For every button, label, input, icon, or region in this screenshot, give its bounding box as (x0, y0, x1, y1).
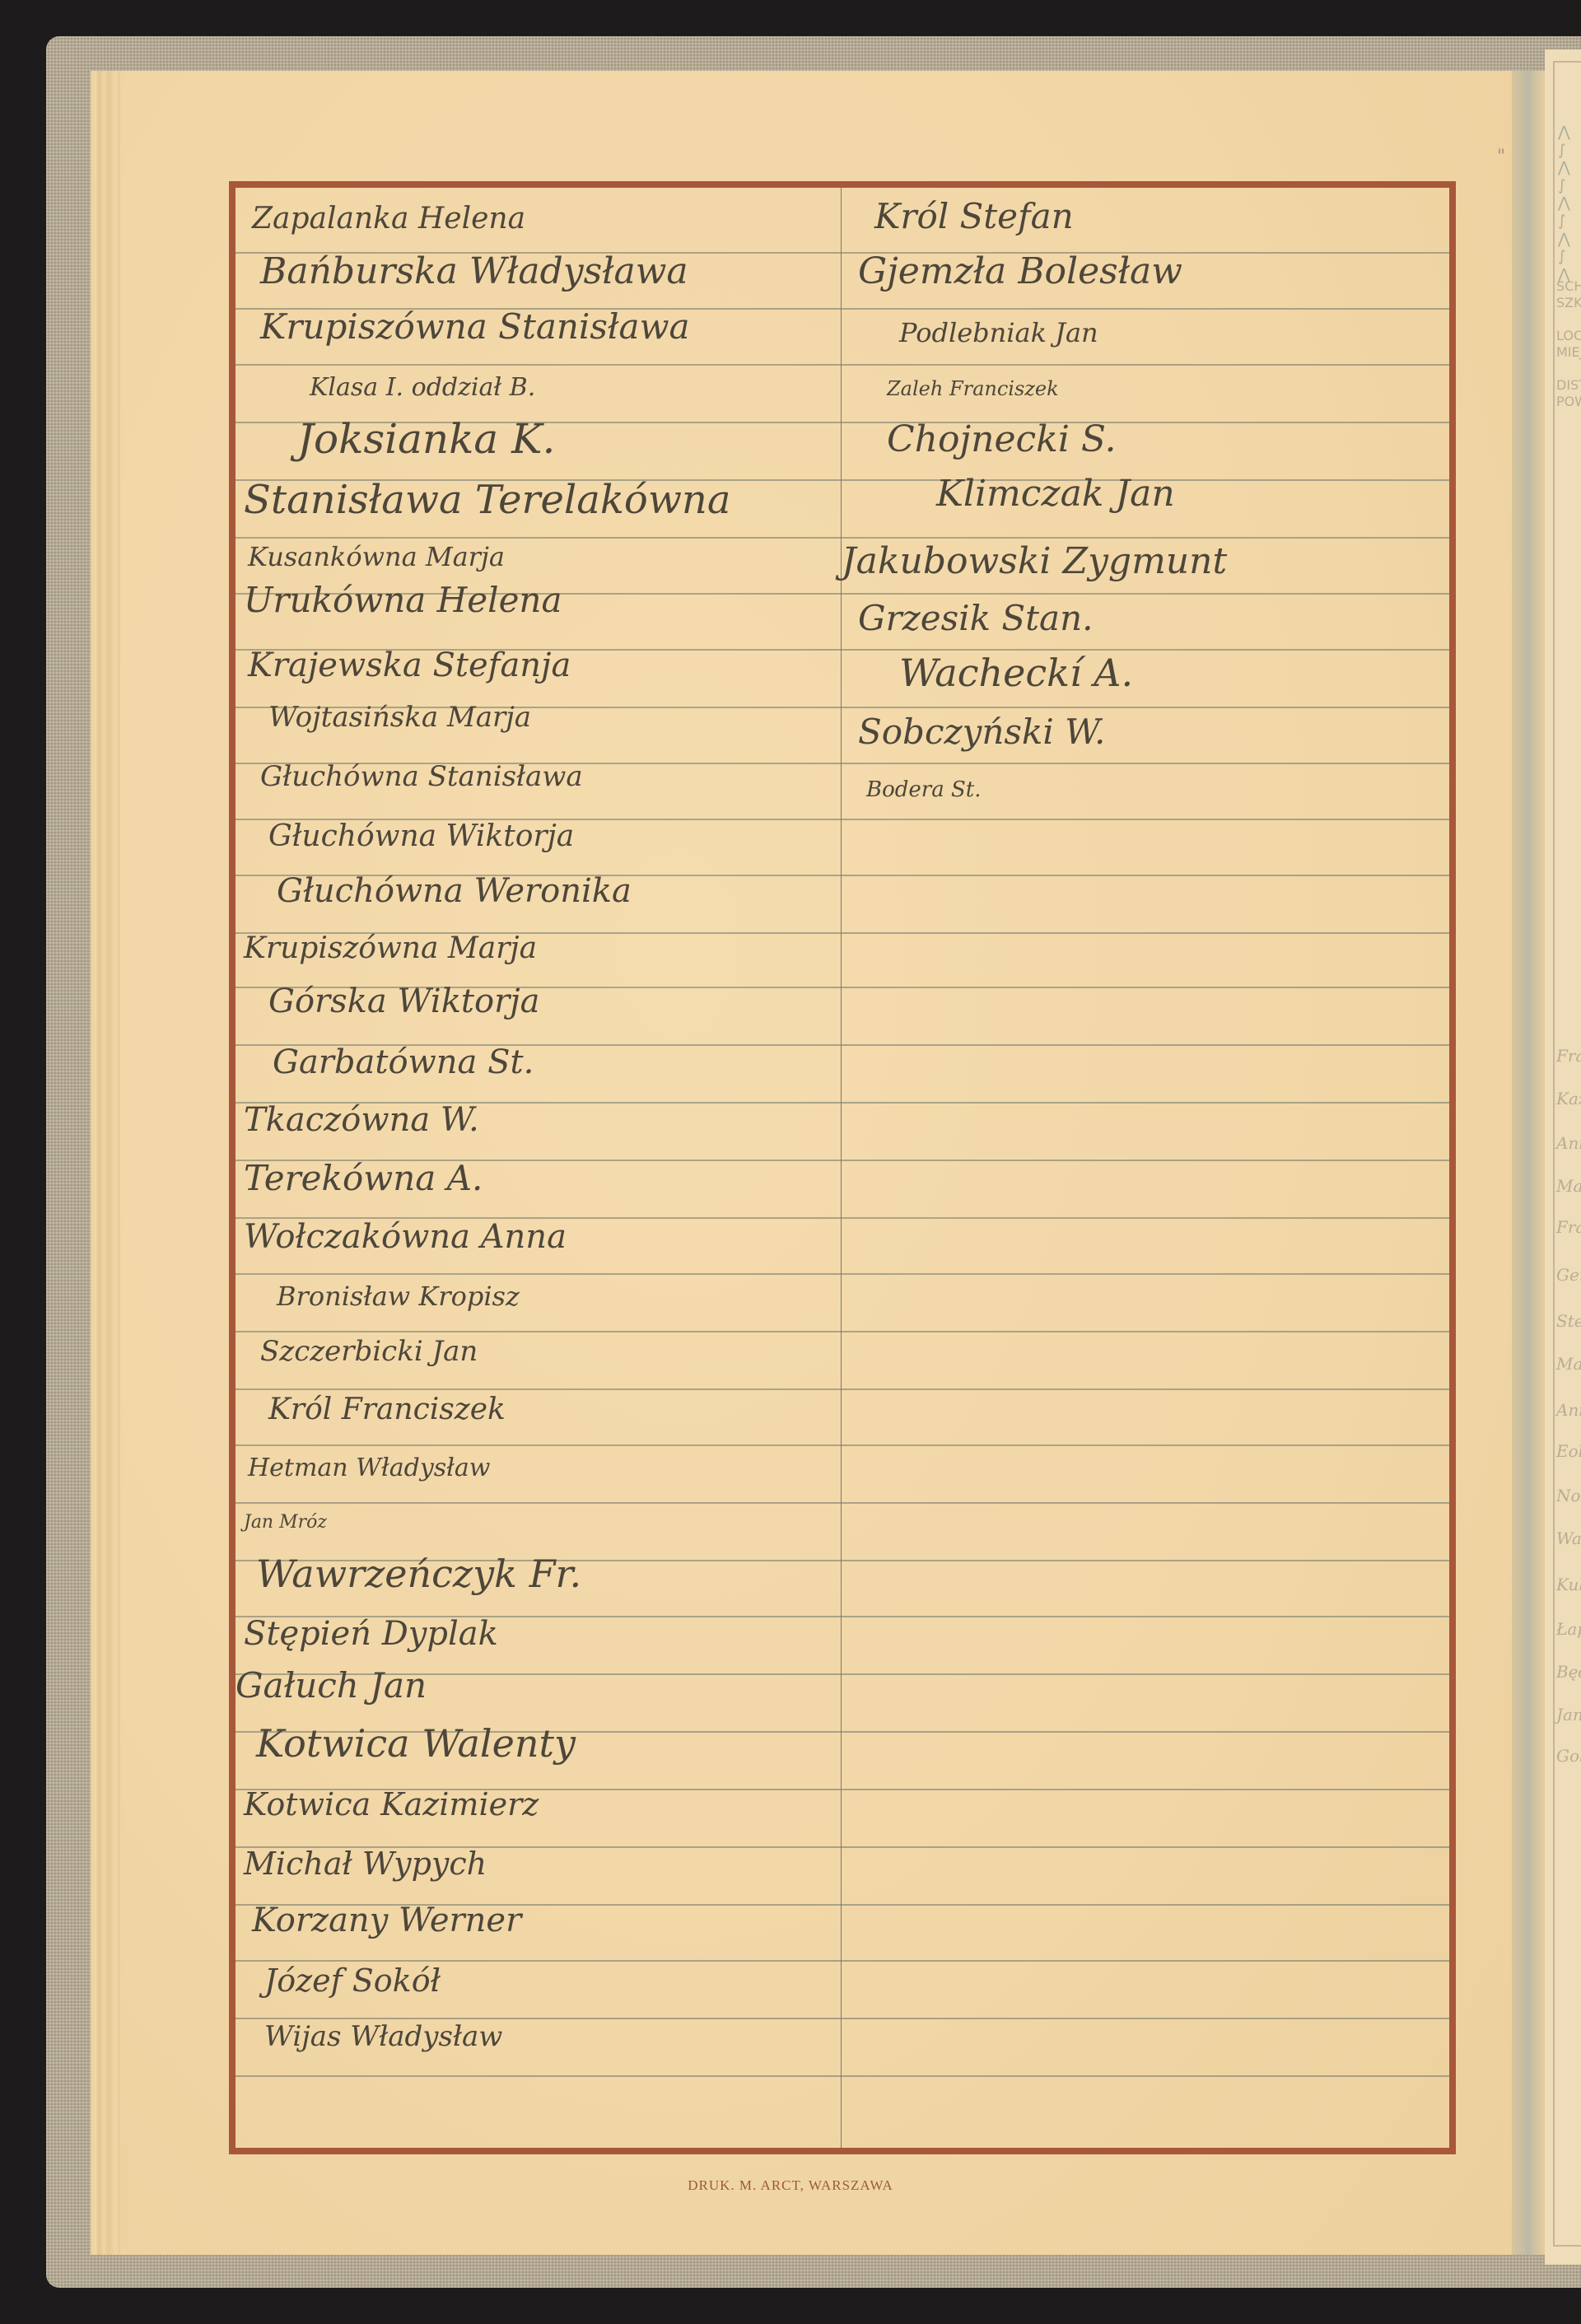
register-entry: Chojnecki S. (887, 422, 1116, 458)
next-page-label: SCHOO (1556, 278, 1581, 294)
register-entry: Joksianka K. (297, 418, 555, 460)
register-entry: Król Franciszek (268, 1395, 506, 1425)
next-page-name: Anie (1556, 1400, 1581, 1420)
next-page-name: Wady (1556, 1528, 1581, 1548)
register-entry: Głuchówna Weronika (277, 875, 632, 908)
next-page-name: Janus (1556, 1705, 1581, 1724)
register-entry: Krupiszówna Stanisława (260, 310, 690, 344)
register-entry: Szczerbicki Jan (260, 1337, 478, 1365)
register-entry: Król Stefan (874, 199, 1074, 234)
next-page-name: Mar (1556, 1176, 1581, 1196)
register-entry: Terekówna A. (244, 1161, 483, 1196)
printer-mark: DRUK. M. ARCT, WARSZAWA (0, 2177, 1581, 2194)
register-frame: Zapalanka HelenaBańburska WładysławaKrup… (229, 181, 1456, 2154)
register-entry: Kotwica Walenty (256, 1724, 576, 1762)
register-entry: Górska Wiktorja (268, 985, 539, 1018)
register-entry: Stanisława Terelakówna (244, 480, 730, 520)
next-page-name: Kubick (1556, 1575, 1581, 1594)
next-page-edge: ⋀∫⋀∫⋀∫⋀∫⋀ SCHOO SZKOŁ LOCAL MIEJSC DISTR… (1545, 49, 1581, 2265)
register-entry: Wołczakówna Anna (244, 1220, 567, 1253)
register-entry: Klasa I. oddział B. (310, 376, 535, 400)
register-entry: Tkaczówna W. (244, 1104, 479, 1136)
register-entry: Jakubowski Zygmunt (842, 544, 1227, 580)
register-entry: Wojtasińska Marja (268, 703, 531, 731)
register-entry: Bronisław Kropisz (277, 1283, 520, 1309)
next-page-label: MIEJSC (1556, 344, 1581, 360)
next-page-name: Franci (1556, 1046, 1581, 1066)
register-entry: Klimczak Jan (936, 476, 1175, 512)
next-page-name: Fran (1556, 1217, 1581, 1237)
register-entry: Hetman Władysław (248, 1456, 490, 1481)
register-entry: Zaleh Franciszek (887, 379, 1059, 399)
register-entry: Kusankówna Marja (248, 544, 505, 570)
book-spine-gutter (1512, 71, 1545, 2255)
right-name-column: Król StefanGjemzła BolesławPodlebniak Ja… (842, 188, 1449, 2148)
register-entry: Michał Wypych (244, 1848, 487, 1879)
next-page-name: Genow (1556, 1265, 1581, 1285)
next-page-name: Noss (1556, 1486, 1581, 1505)
next-page-label: LOCAL (1556, 328, 1581, 343)
ornament-icon: ⋀∫⋀∫⋀∫⋀∫⋀ (1558, 124, 1581, 283)
register-entry: Krupiszówna Marja (244, 934, 537, 964)
register-entry: Wijas Władysław (264, 2023, 502, 2051)
left-name-column: Zapalanka HelenaBańburska WładysławaKrup… (236, 188, 841, 2148)
next-page-name: Eola (1556, 1441, 1581, 1461)
next-page-name: Gola (1556, 1746, 1581, 1766)
register-entry: Bańburska Władysława (260, 254, 688, 290)
next-page-name: Anie (1556, 1133, 1581, 1153)
register-entry: Głuchówna Stanisława (260, 763, 583, 791)
register-entry: Głuchówna Wiktorja (268, 822, 574, 852)
register-entry: Jan Mróz (244, 1514, 327, 1532)
next-page-label: DISTR (1556, 377, 1581, 393)
register-entry: Gałuch Jan (236, 1668, 427, 1703)
next-page-name: Stefan (1556, 1311, 1581, 1331)
next-page-label: POWI (1556, 394, 1581, 409)
next-page-name: Łapa (1556, 1619, 1581, 1639)
register-entry: Grzesik Stan. (858, 601, 1094, 636)
register-entry: Stępień Dyplak (244, 1617, 498, 1650)
register-entry: Bodera St. (866, 779, 982, 800)
register-entry: Zapalanka Helena (252, 204, 525, 234)
register-entry: Urukówna Helena (244, 583, 562, 618)
register-entry: Podlebniak Jan (899, 320, 1098, 346)
register-entry: Józef Sokół (264, 1965, 441, 1996)
register-entry: Krajewska Stefanja (248, 649, 571, 682)
register-entry: Gjemzła Bolesław (858, 254, 1182, 290)
register-entry: Garbatówna St. (273, 1046, 534, 1079)
next-page-label: SZKOŁ (1556, 295, 1581, 310)
next-page-name: Kazim (1556, 1089, 1581, 1108)
register-entry: Sobczyński W. (858, 715, 1105, 749)
register-entry: Wacheckí A. (899, 654, 1133, 692)
register-entry: Kotwica Kazimierz (244, 1789, 539, 1820)
next-page-name: Ma (1556, 1354, 1581, 1374)
register-entry: Korzany Werner (252, 1904, 521, 1937)
next-page-name: Będk (1556, 1662, 1581, 1682)
pencil-margin-mark: " (1497, 147, 1505, 167)
register-entry: Wawrzeńczyk Fr. (256, 1555, 581, 1593)
